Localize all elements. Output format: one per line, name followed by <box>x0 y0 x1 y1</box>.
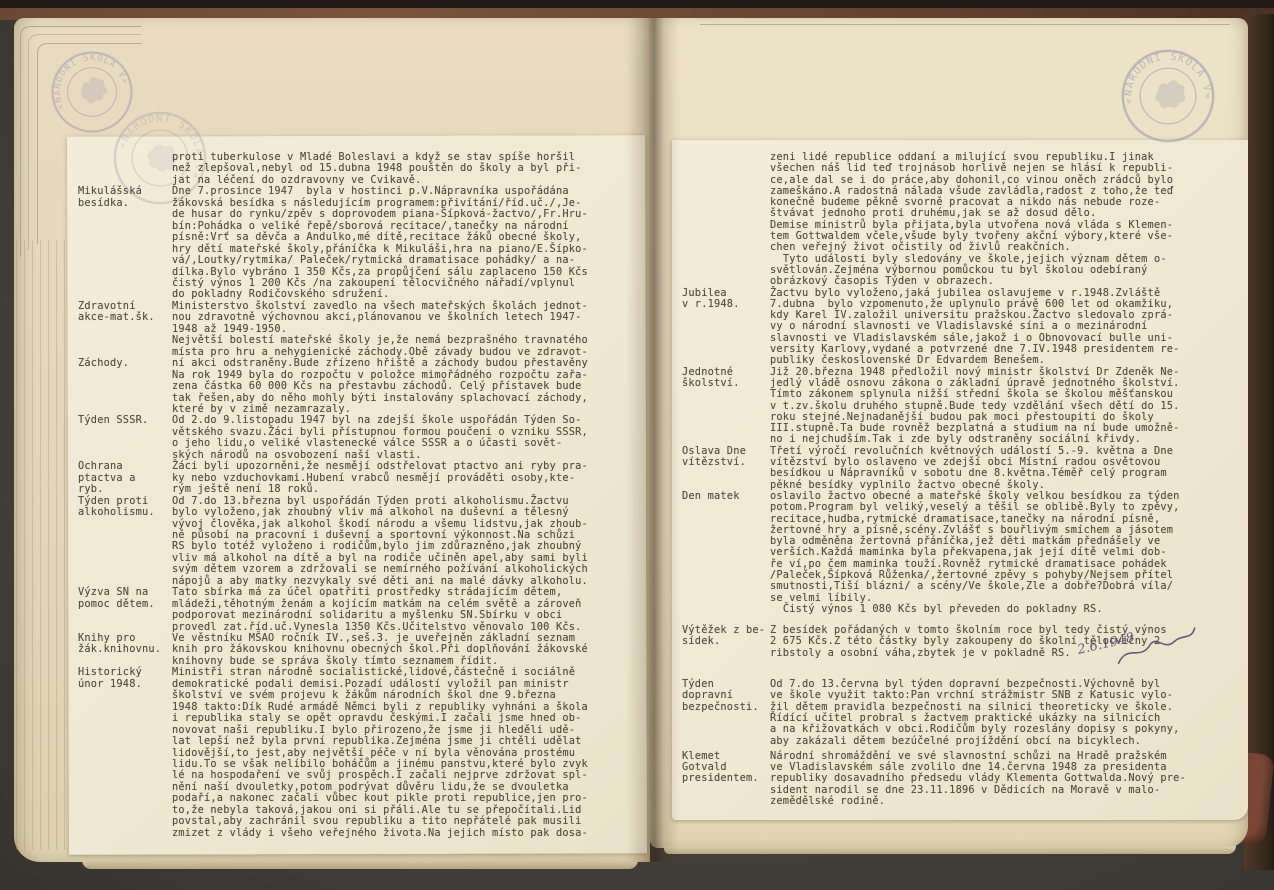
entry-body-text: Od 2.do 9.listopadu 1947 byl na zdejší š… <box>172 415 640 461</box>
entry-body-text: oslavilo žactvo obecné a mateřské školy … <box>770 491 1244 615</box>
chronicle-entry: Výzva SN na pomoc dětem. Tato sbírka má … <box>78 587 640 633</box>
chronicle-entry: Oslava Dne vítězství. Třetí výročí revol… <box>682 446 1244 491</box>
entry-body-text: Od 7.do 13.června byl týden dopravní bez… <box>770 679 1244 747</box>
chronicle-entry: Týden proti alkoholismu. Od 7.do 13.břez… <box>78 496 640 588</box>
entry-margin-label: Zdravotní akce-mat.šk. <box>78 301 172 324</box>
entry-body-text: Žáci byli upozorněni,že nesmějí odstřelo… <box>172 461 640 495</box>
chronicle-entry: Historický únor 1948. Ministři stran nár… <box>78 667 640 839</box>
entry-margin-label: Mikulášská besídka. <box>78 186 172 209</box>
entry-body-text: proti tuberkulose v Mladé Boleslavi a kd… <box>172 152 640 186</box>
right-page-text-column: zeni lidé republice oddaní a milující sv… <box>682 152 1244 807</box>
entry-body-text: Tato sbírka má za účel opatřiti prostřed… <box>172 587 640 633</box>
entry-margin-label: Knihy pro žák.knihovnu. <box>78 633 172 656</box>
chronicle-entry: zeni lidé republice oddaní a milující sv… <box>682 152 1244 288</box>
chronicle-entry: Jednotné školství. Již 20.března 1948 př… <box>682 367 1244 446</box>
school-rubber-stamp-icon: «NÁRODNÍ ŠKOLA V» <box>1111 39 1225 153</box>
book-photo: «NÁRODNÍ ŠKOLA V» «NÁRODNÍ ŠKOLA V» «NÁR… <box>0 0 1274 890</box>
entry-body-text: Ministři stran národně socialistické,lid… <box>172 667 640 839</box>
chronicle-entry: proti tuberkulose v Mladé Boleslavi a kd… <box>78 152 640 186</box>
entry-margin-label: Ochrana ptactva a ryb. <box>78 461 172 495</box>
page-stack-edge-top-right <box>700 24 1230 25</box>
entry-body-text: Dne 7.prosince 1947 byla v hostinci p.V.… <box>172 186 640 301</box>
leather-cover-right <box>1244 14 1274 870</box>
chronicle-entry: Mikulášská besídka. Dne 7.prosince 1947 … <box>78 186 640 301</box>
chronicle-entry: Ochrana ptactva a ryb. Žáci byli upozorn… <box>78 461 640 495</box>
entry-body-text: Národní shromáždění ve své slavnostní sc… <box>770 751 1244 807</box>
left-page-text-column: proti tuberkulose v Mladé Boleslavi a kd… <box>78 152 640 839</box>
entry-margin-label: Týden proti alkoholismu. <box>78 496 172 519</box>
entry-margin-label: Oslava Dne vítězství. <box>682 446 770 469</box>
chronicle-entry: Týden dopravní bezpečnosti. Od 7.do 13.č… <box>682 679 1244 747</box>
entry-margin-label: Záchody. <box>78 335 172 369</box>
entry-margin-label: Týden dopravní bezpečnosti. <box>682 679 770 713</box>
entry-body-text: Od 7.do 13.března byl uspořádán Týden pr… <box>172 496 640 588</box>
stamp-lion-emblem <box>76 73 111 107</box>
stamp-lion-emblem <box>1152 78 1188 111</box>
entry-margin-label: Výzva SN na pomoc dětem. <box>78 587 172 610</box>
entry-margin-label: Výtěžek z be- sídek. <box>682 625 770 648</box>
chronicle-entry: Knihy pro žák.knihovnu. Ve věstníku MŠAO… <box>78 633 640 667</box>
entry-body-text: Žactvu bylo vyloženo,jaká jubilea oslavu… <box>770 288 1244 367</box>
page-stack-edge-bottom-left <box>82 860 638 869</box>
chronicle-entry: Den matek oslavilo žactvo obecné a mateř… <box>682 491 1244 615</box>
entry-body-text: Ve věstníku MŠAO ročník IV.,seš.3. je uv… <box>172 633 640 667</box>
entry-margin-label: Jednotné školství. <box>682 367 770 390</box>
entry-body-text: Největší bolestí mateřské školy je,že ne… <box>172 335 640 415</box>
entry-margin-label: Historický únor 1948. <box>78 667 172 690</box>
chronicle-entry: Klemet Gotvald presidentem. Národní shro… <box>682 751 1244 807</box>
entry-body-text: zeni lidé republice oddaní a milující sv… <box>770 152 1244 288</box>
entry-margin-label: Týden SSSR. <box>78 415 172 426</box>
entry-margin-label: Den matek <box>682 491 770 502</box>
entry-body-text: Již 20.března 1948 předložil nový minist… <box>770 367 1244 446</box>
entry-body-text: Třetí výročí revolučních květnových udál… <box>770 446 1244 491</box>
chronicle-entry: Záchody. Největší bolestí mateřské školy… <box>78 335 640 415</box>
entry-body-text: Ministerstvo školství zavedlo na všech m… <box>172 301 640 335</box>
page-stack-edge-left <box>16 240 74 850</box>
chronicle-entry: Týden SSSR. Od 2.do 9.listopadu 1947 byl… <box>78 415 640 461</box>
entry-margin-label: Jubilea v r.1948. <box>682 288 770 311</box>
chronicle-entry: Zdravotní akce-mat.šk. Ministerstvo škol… <box>78 301 640 335</box>
chronicle-entry: Jubilea v r.1948. Žactvu bylo vyloženo,j… <box>682 288 1244 367</box>
entry-margin-label: Klemet Gotvald presidentem. <box>682 751 770 785</box>
page-stack-edge-bottom-right <box>664 846 1236 854</box>
